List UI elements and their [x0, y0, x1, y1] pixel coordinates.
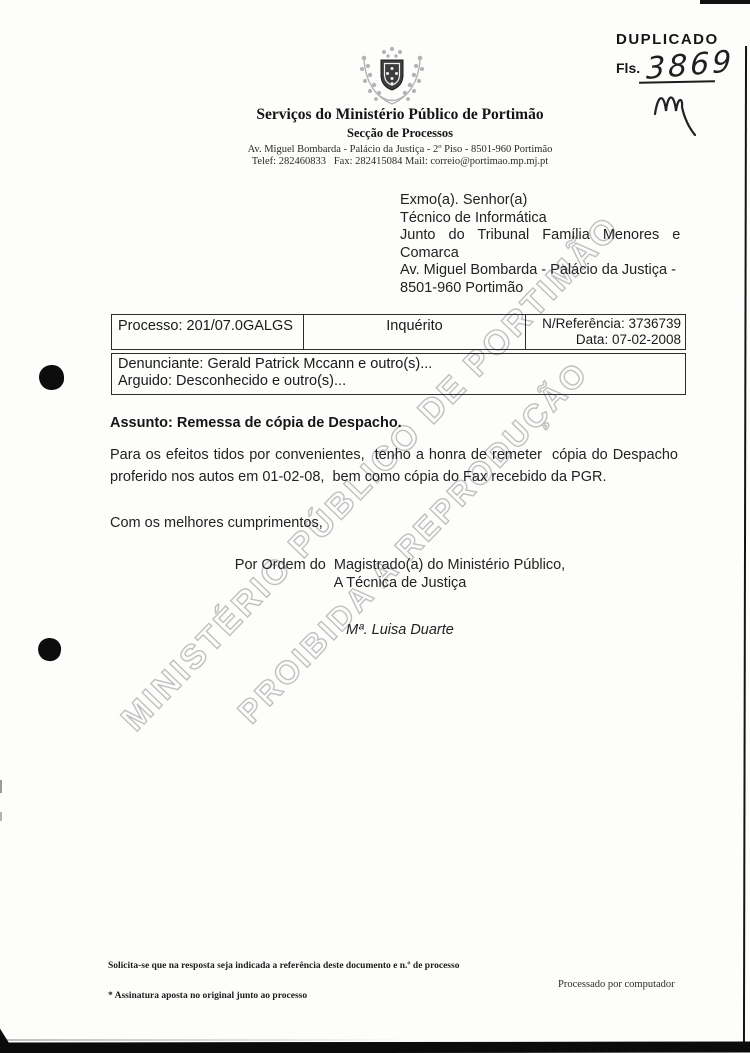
complainant-line: Denunciante: Gerald Patrick Mccann e out…	[118, 356, 679, 373]
closing-line: Com os melhores cumprimentos,	[110, 515, 323, 531]
body-paragraph: Para os efeitos tidos por convenientes, …	[110, 444, 678, 488]
letterhead-section: Secção de Processos	[105, 126, 695, 141]
by-order-line-2: A Técnica de Justiça	[110, 574, 690, 592]
letterhead-address: Av. Miguel Bombarda - Palácio da Justiça…	[105, 144, 695, 155]
scan-speck	[0, 812, 2, 821]
recipient-line: Junto do Tribunal Família Menores e	[400, 227, 692, 245]
scan-speck	[0, 780, 2, 793]
footer-note-signature: * Assinatura aposta no original junto ao…	[108, 991, 307, 1001]
by-order-block: Por Ordem do Magistrado(a) do Ministério…	[110, 556, 690, 592]
case-type-cell: Inquérito	[304, 315, 526, 349]
processed-by-computer: Processado por computador	[558, 979, 675, 990]
recipient-line: Exmo(a). Senhor(a)	[400, 192, 692, 210]
scan-edge-top-right	[700, 0, 750, 4]
coat-of-arms-emblem	[354, 44, 430, 114]
case-table-header-row: Processo: 201/07.0GALGS Inquérito N/Refe…	[111, 314, 686, 350]
case-parties-box: Denunciante: Gerald Patrick Mccann e out…	[111, 353, 686, 395]
subject-line: Assunto: Remessa de cópia de Despacho.	[110, 415, 680, 431]
recipient-line: Técnico de Informática	[400, 210, 692, 228]
scan-smudge-bottom	[0, 1039, 420, 1041]
recipient-address-block: Exmo(a). Senhor(a) Técnico de Informátic…	[400, 192, 692, 297]
reference-cell: N/Referência: 3736739 Data: 07-02-2008	[526, 315, 685, 349]
recipient-line: 8501-960 Portimão	[400, 280, 692, 298]
signature-name: Mª. Luisa Duarte	[110, 622, 690, 638]
reference-date: Data: 07-02-2008	[526, 332, 681, 348]
letterhead-org-name: Serviços do Ministério Público de Portim…	[105, 106, 695, 124]
duplicado-stamp: DUPLICADO	[616, 31, 719, 48]
defendant-line: Arguido: Desconhecido e outro(s)...	[118, 373, 679, 390]
case-number-cell: Processo: 201/07.0GALGS	[112, 315, 304, 349]
letterhead: Serviços do Ministério Público de Portim…	[105, 106, 695, 167]
scan-edge-bottom	[0, 1041, 750, 1053]
punch-hole-bottom	[36, 636, 64, 664]
punch-hole-top	[39, 365, 64, 390]
fls-label: Fls.	[616, 60, 640, 76]
reference-number: N/Referência: 3736739	[526, 316, 681, 332]
footer-note-reference: Solicita-se que na resposta seja indicad…	[108, 961, 459, 971]
recipient-line: Av. Miguel Bombarda - Palácio da Justiça…	[400, 262, 692, 280]
case-table: Processo: 201/07.0GALGS Inquérito N/Refe…	[111, 314, 686, 395]
letterhead-contacts: Telef: 282460833 Fax: 282415084 Mail: co…	[105, 156, 695, 167]
recipient-line: Comarca	[400, 245, 692, 263]
by-order-line-1: Por Ordem do Magistrado(a) do Ministério…	[110, 556, 690, 574]
scanned-page: MINISTÉRIO PÚBLICO DE PORTIMÃO PROIBIDA …	[0, 0, 750, 1053]
scan-edge-right	[743, 46, 747, 1042]
